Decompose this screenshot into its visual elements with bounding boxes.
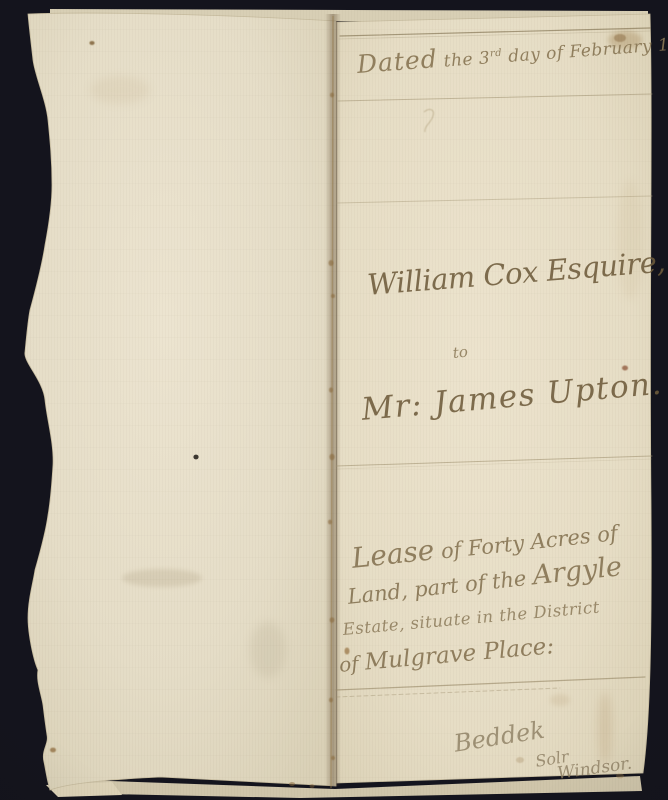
dated-day: the 3: [443, 48, 491, 71]
foxing-dot: [50, 748, 56, 753]
edge-spot: [310, 784, 315, 788]
smudge: [250, 622, 286, 678]
smudge: [516, 757, 524, 763]
streak: [598, 692, 612, 764]
dated-ordinal: rd: [490, 48, 503, 60]
smudge: [550, 694, 570, 706]
ink-speck: [193, 455, 198, 460]
left-page: [25, 13, 336, 790]
parties-connector: to: [452, 343, 469, 362]
edge-spot: [289, 782, 295, 786]
stain: [90, 76, 150, 104]
smudge: [122, 569, 202, 587]
dated-word: Dated: [356, 44, 439, 79]
fold-crease: [325, 14, 341, 788]
description-text: of: [338, 651, 359, 677]
foxing-dot: [89, 41, 94, 45]
scanned-lease-cover-document: Dated the 3rd day of February 1837 Willi…: [0, 0, 668, 800]
